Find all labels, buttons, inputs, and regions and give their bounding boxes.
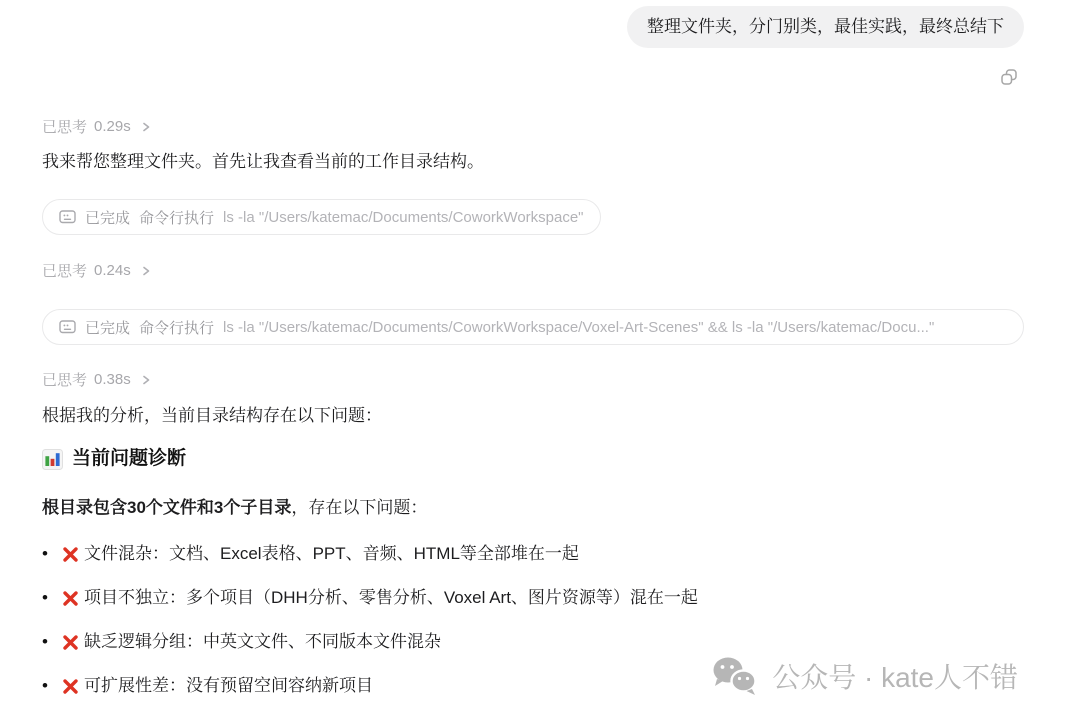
section-intro-bold: 根目录包含30个文件和3个子目录 (42, 498, 291, 517)
chat-page: 整理文件夹，分门别类，最佳实践，最终总结下 已思考 0.29s 我来帮您整理文件… (0, 0, 1080, 722)
cross-mark-icon (62, 590, 79, 607)
cross-mark-icon (62, 634, 79, 651)
bar-chart-icon (42, 449, 63, 470)
terminal-icon (59, 210, 76, 225)
cross-mark-icon (62, 546, 79, 563)
section-intro-rest: ，存在以下问题： (291, 498, 427, 517)
thought-toggle[interactable]: 已思考 0.24s (42, 260, 151, 281)
bullet-dot: • (42, 586, 62, 610)
issue-text: 文件混杂：文档、Excel表格、PPT、音频、HTML等全部堆在一起 (84, 542, 579, 566)
thought-duration: 0.29s (94, 118, 131, 135)
command-status: 已完成 (85, 317, 130, 338)
thought-label: 已思考 (42, 116, 87, 137)
section-heading: 当前问题诊断 (42, 446, 1024, 472)
user-message-bubble: 整理文件夹，分门别类，最佳实践，最终总结下 (627, 6, 1024, 48)
copy-button[interactable] (1000, 68, 1018, 86)
bullet-dot: • (42, 542, 62, 566)
cross-mark-icon (62, 678, 79, 695)
thought-toggle[interactable]: 已思考 0.38s (42, 369, 151, 390)
thought-label: 已思考 (42, 260, 87, 281)
thought-duration: 0.38s (94, 371, 131, 388)
command-text: ls -la "/Users/katemac/Documents/CoworkW… (223, 209, 583, 226)
command-pill[interactable]: 已完成 命令行执行 ls -la "/Users/katemac/Documen… (42, 309, 1024, 345)
command-status: 已完成 (85, 207, 130, 228)
chevron-right-icon (141, 265, 151, 277)
thought-label: 已思考 (42, 369, 87, 390)
watermark-text: 公众号 · kate人不错 (772, 656, 1018, 696)
command-pill[interactable]: 已完成 命令行执行 ls -la "/Users/katemac/Documen… (42, 199, 601, 235)
command-tool: 命令行执行 (139, 207, 214, 228)
watermark: 公众号 · kate人不错 (711, 656, 1018, 696)
message-actions (42, 68, 1018, 86)
terminal-icon (59, 320, 76, 335)
command-tool: 命令行执行 (139, 317, 214, 338)
assistant-paragraph: 根据我的分析，当前目录结构存在以下问题： (42, 404, 1024, 428)
list-item: • 缺乏逻辑分组：中英文文件、不同版本文件混杂 (42, 630, 1024, 654)
chevron-right-icon (141, 121, 151, 133)
issue-text: 项目不独立：多个项目（DHH分析、零售分析、Voxel Art、图片资源等）混在… (84, 586, 698, 610)
list-item: • 文件混杂：文档、Excel表格、PPT、音频、HTML等全部堆在一起 (42, 542, 1024, 566)
issue-text: 缺乏逻辑分组：中英文文件、不同版本文件混杂 (84, 630, 441, 654)
assistant-paragraph: 我来帮您整理文件夹。首先让我查看当前的工作目录结构。 (42, 150, 1024, 174)
chevron-right-icon (141, 374, 151, 386)
copy-icon (1000, 68, 1018, 86)
thought-toggle[interactable]: 已思考 0.29s (42, 116, 151, 137)
wechat-icon (711, 656, 759, 696)
bullet-dot: • (42, 630, 62, 654)
section-intro: 根目录包含30个文件和3个子目录，存在以下问题： (42, 496, 1024, 520)
list-item: • 项目不独立：多个项目（DHH分析、零售分析、Voxel Art、图片资源等）… (42, 586, 1024, 610)
thought-duration: 0.24s (94, 262, 131, 279)
user-message-row: 整理文件夹，分门别类，最佳实践，最终总结下 (42, 6, 1024, 48)
issue-text: 可扩展性差：没有预留空间容纳新项目 (84, 674, 373, 698)
section-heading-text: 当前问题诊断 (72, 446, 186, 472)
bullet-dot: • (42, 674, 62, 698)
command-text: ls -la "/Users/katemac/Documents/CoworkW… (223, 319, 934, 336)
